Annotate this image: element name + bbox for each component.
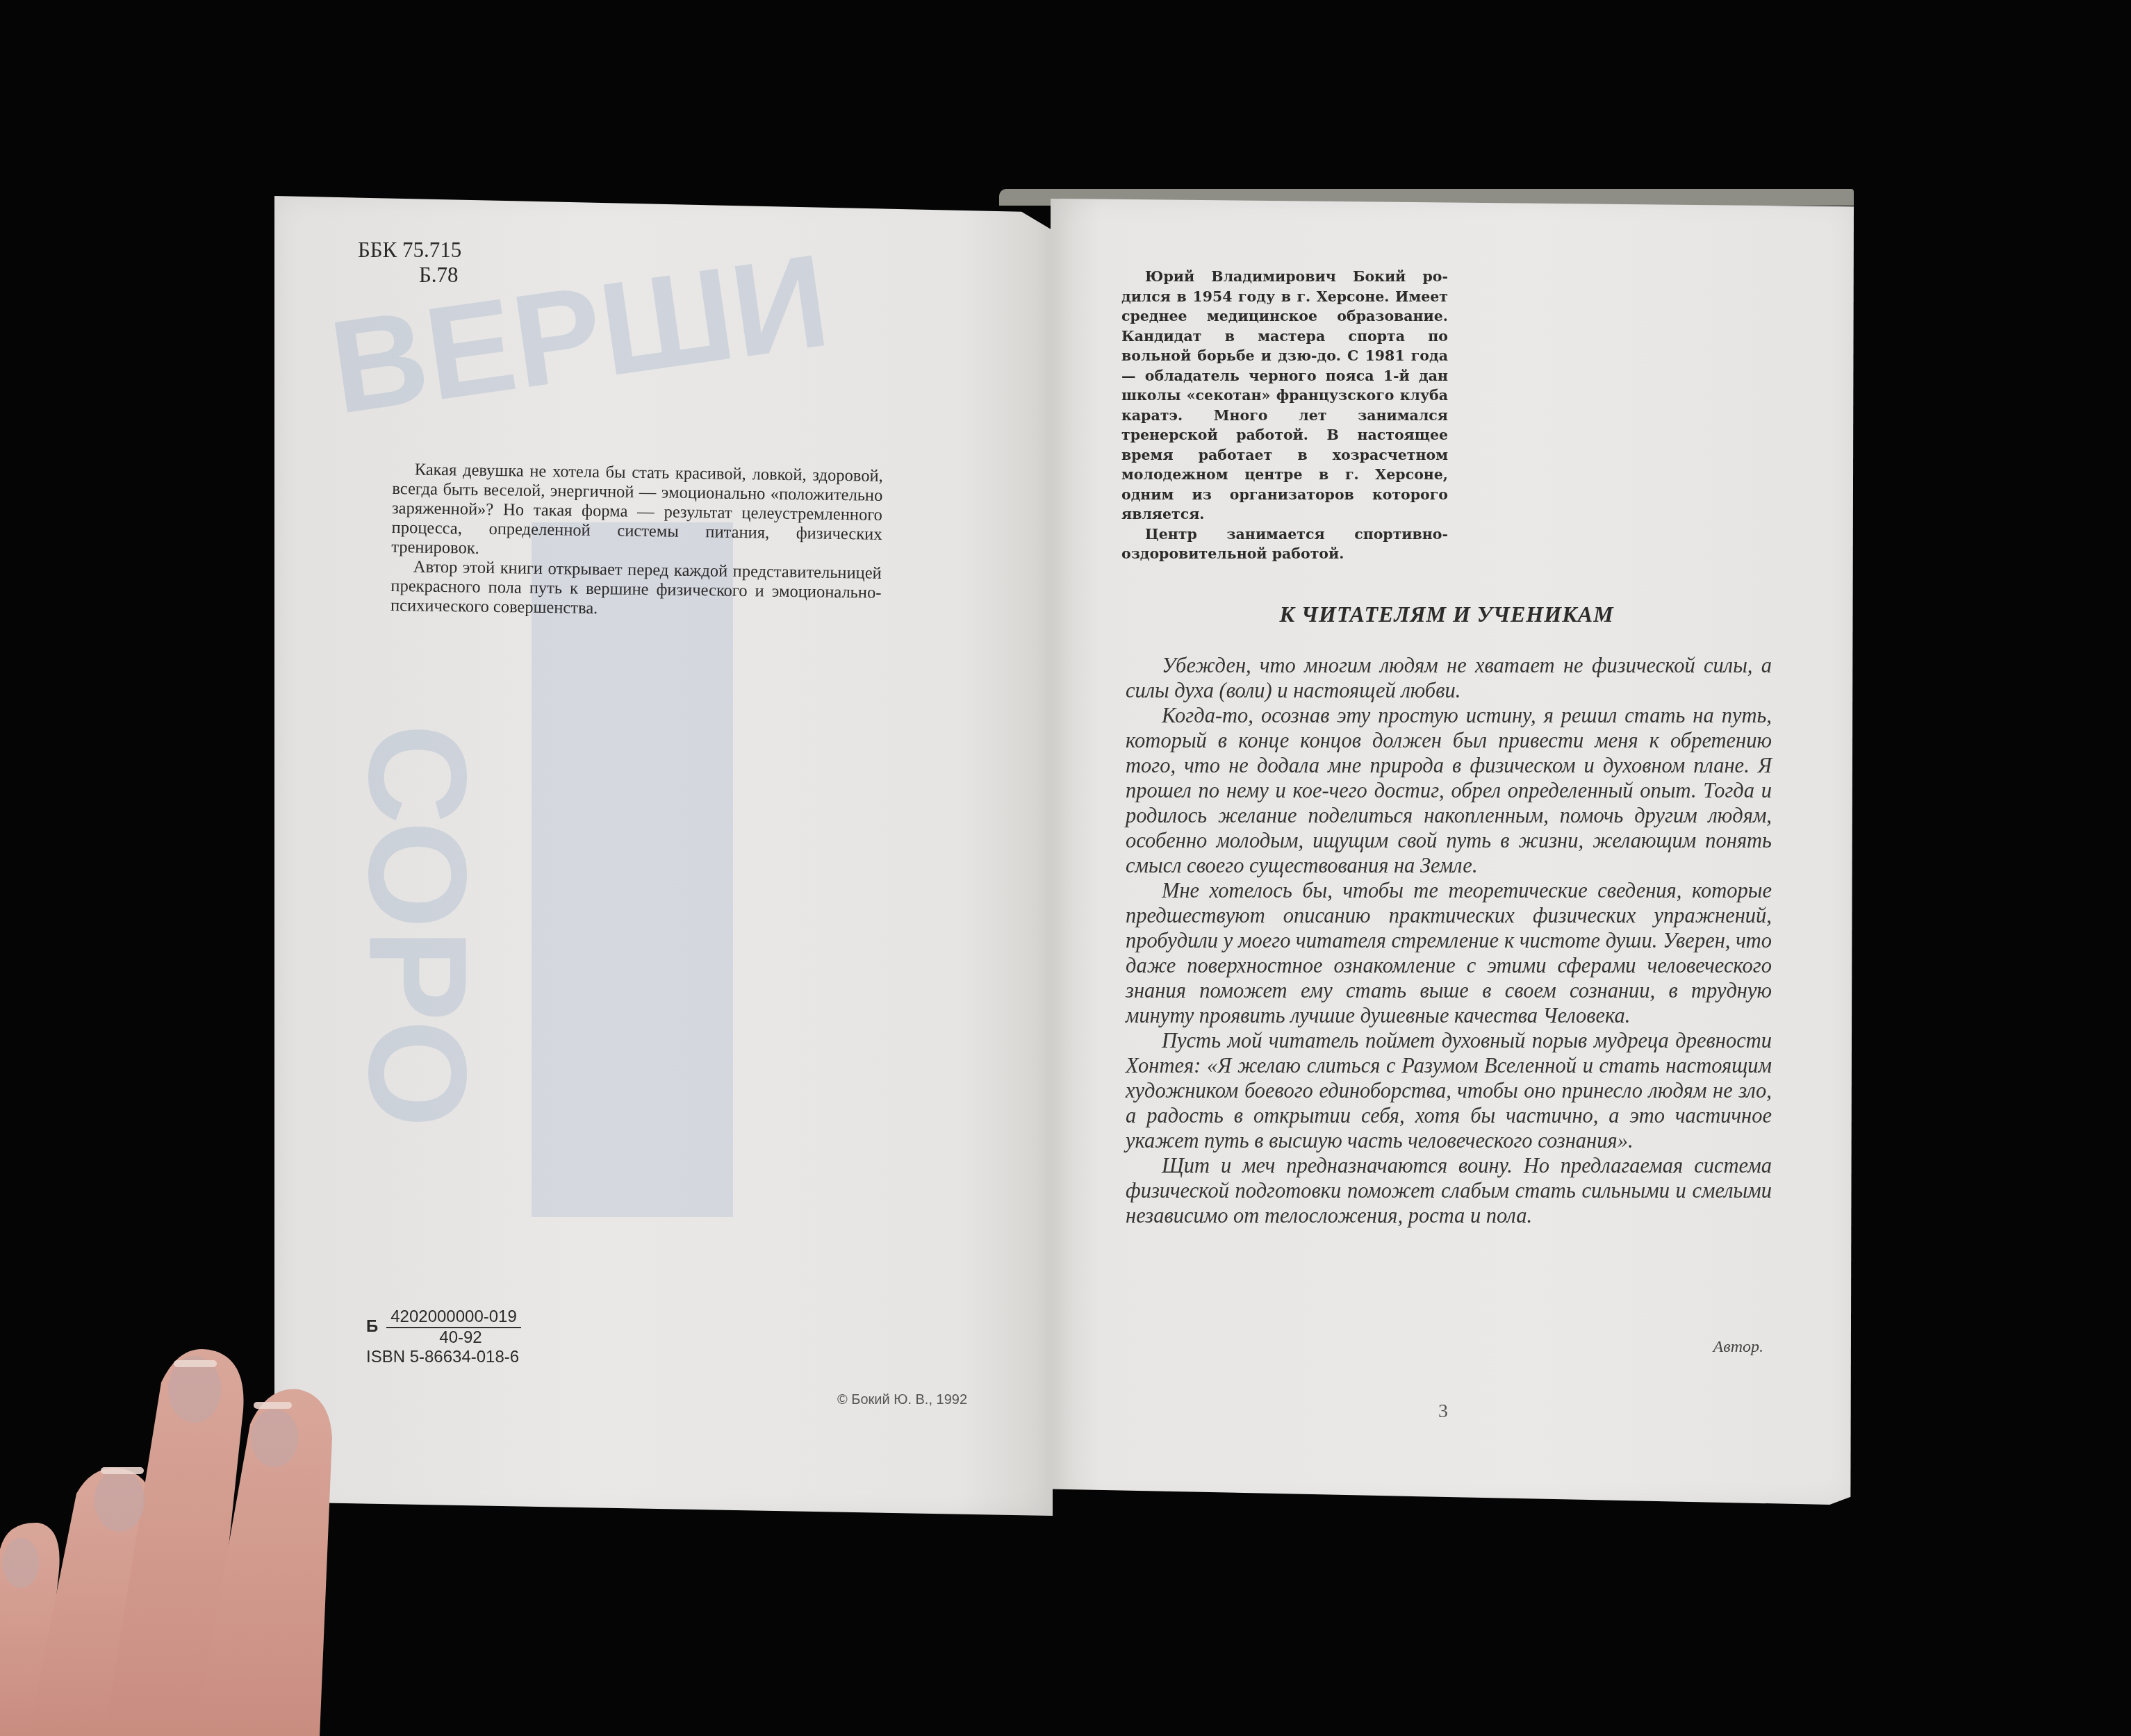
author-signature: Автор. <box>1713 1338 1763 1357</box>
section-title: К ЧИТАТЕЛЯМ И УЧЕНИКАМ <box>1252 602 1641 627</box>
foreword-paragraph: Пусть мой читатель поймет духовный порыв… <box>1126 1028 1772 1153</box>
blurb-paragraph: Какая девушка не хотела бы стать красиво… <box>391 460 883 564</box>
foreword-paragraph: Мне хотелось бы, чтобы те теоретические … <box>1126 878 1772 1028</box>
publication-imprint: Б 4202000000-019 40-92 ISBN 5-86634-018-… <box>366 1307 521 1367</box>
copyright-notice: © Бокий Ю. В., 1992 <box>837 1392 967 1408</box>
right-page: Юрий Владимирович Бокий ро­дился в 1954 … <box>1051 199 1854 1505</box>
bio-paragraph: Юрий Владимирович Бокий ро­дился в 1954 … <box>1121 267 1448 524</box>
imprint-denominator: 40-92 <box>386 1328 521 1348</box>
foreword-paragraph: Когда-то, осознав эту простую истину, я … <box>1126 703 1772 878</box>
bbk-code: ББК 75.715 <box>358 238 461 263</box>
bleed-through-cover-image <box>532 522 733 1217</box>
foreword-text: Убежден, что многим людям не хватает не … <box>1126 653 1772 1228</box>
book-blurb: Какая девушка не хотела бы стать красиво… <box>390 460 883 622</box>
page-number: 3 <box>1438 1400 1448 1423</box>
blurb-paragraph: Автор этой книги открывает перед каждой … <box>390 557 882 622</box>
bio-paragraph: Центр занимается спортивно-оздоровительн… <box>1121 524 1448 564</box>
author-mark: Б.78 <box>358 263 461 288</box>
isbn: ISBN 5-86634-018-6 <box>366 1348 521 1367</box>
imprint-numerator: 4202000000-019 <box>386 1307 521 1328</box>
bleed-through-cover-letters: СОРО <box>337 724 497 1127</box>
foreword-paragraph: Щит и меч предназначаются воину. Но пред… <box>1126 1153 1772 1228</box>
classification-code: ББК 75.715 Б.78 <box>358 238 461 288</box>
foreword-paragraph: Убежден, что многим людям не хватает не … <box>1126 653 1772 703</box>
left-page: ВЕРШИ СОРО ББК 75.715 Б.78 Какая девушка… <box>274 196 1053 1516</box>
author-bio: Юрий Владимирович Бокий ро­дился в 1954 … <box>1121 267 1448 564</box>
hand-holding-book <box>0 1320 389 1736</box>
